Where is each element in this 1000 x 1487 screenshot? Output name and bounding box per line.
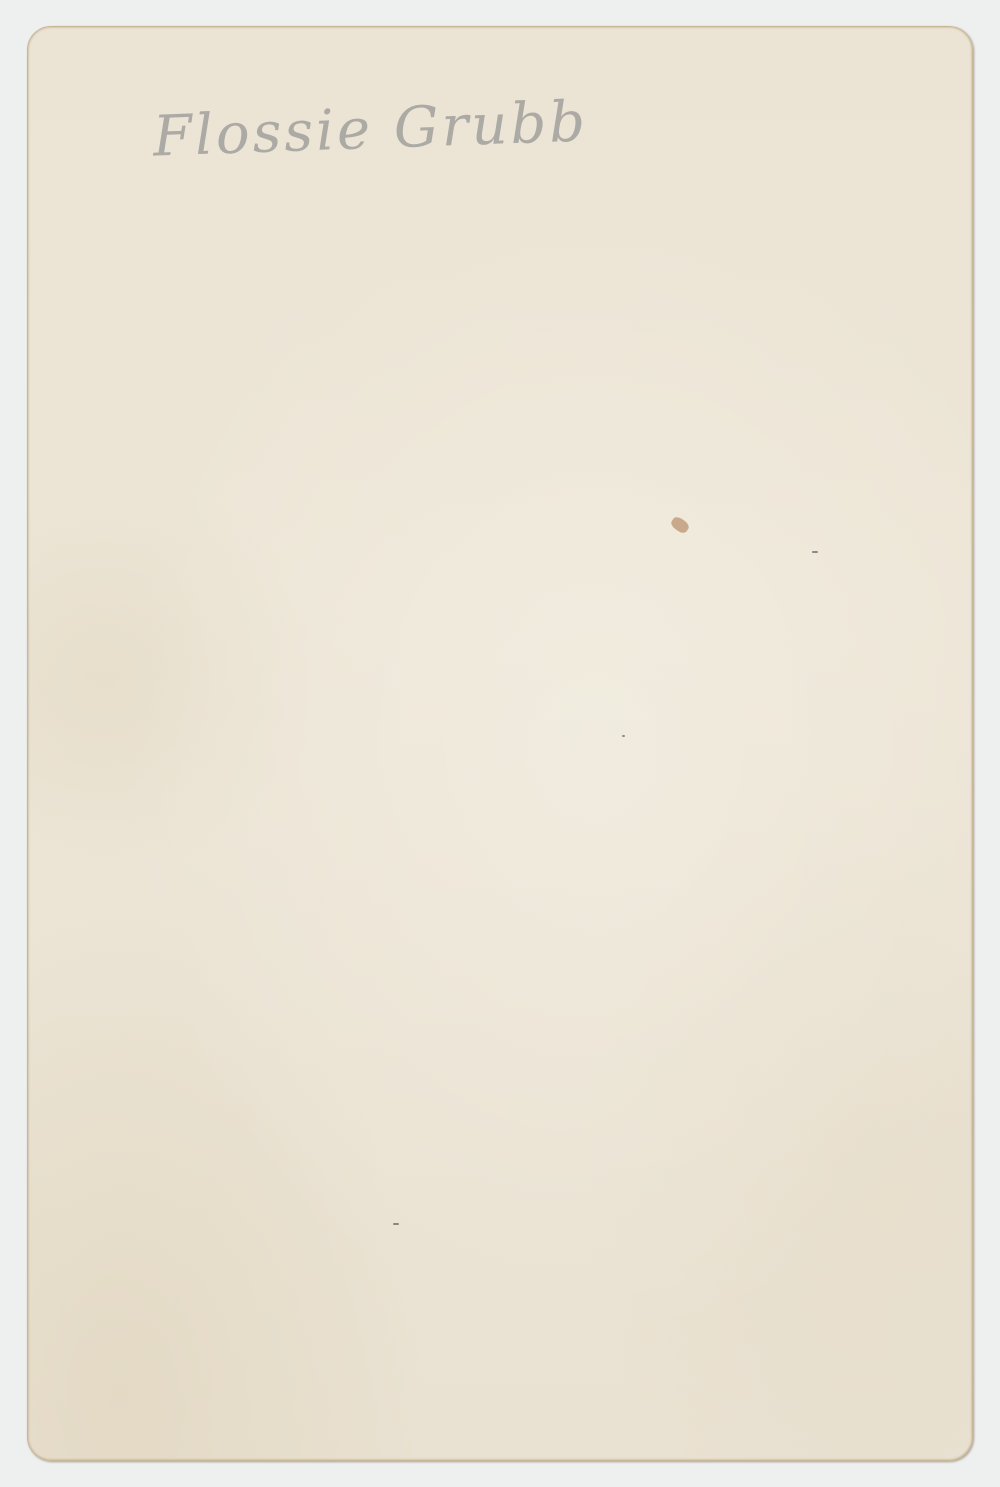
scan-background: Flossie Grubb: [0, 0, 1000, 1487]
speck-mark: [812, 551, 818, 553]
speck-mark: [393, 1223, 399, 1225]
stain-mark: [669, 515, 691, 535]
photo-card-back: Flossie Grubb: [27, 26, 973, 1461]
handwritten-inscription: Flossie Grubb: [152, 89, 589, 169]
speck-mark: [622, 735, 625, 737]
